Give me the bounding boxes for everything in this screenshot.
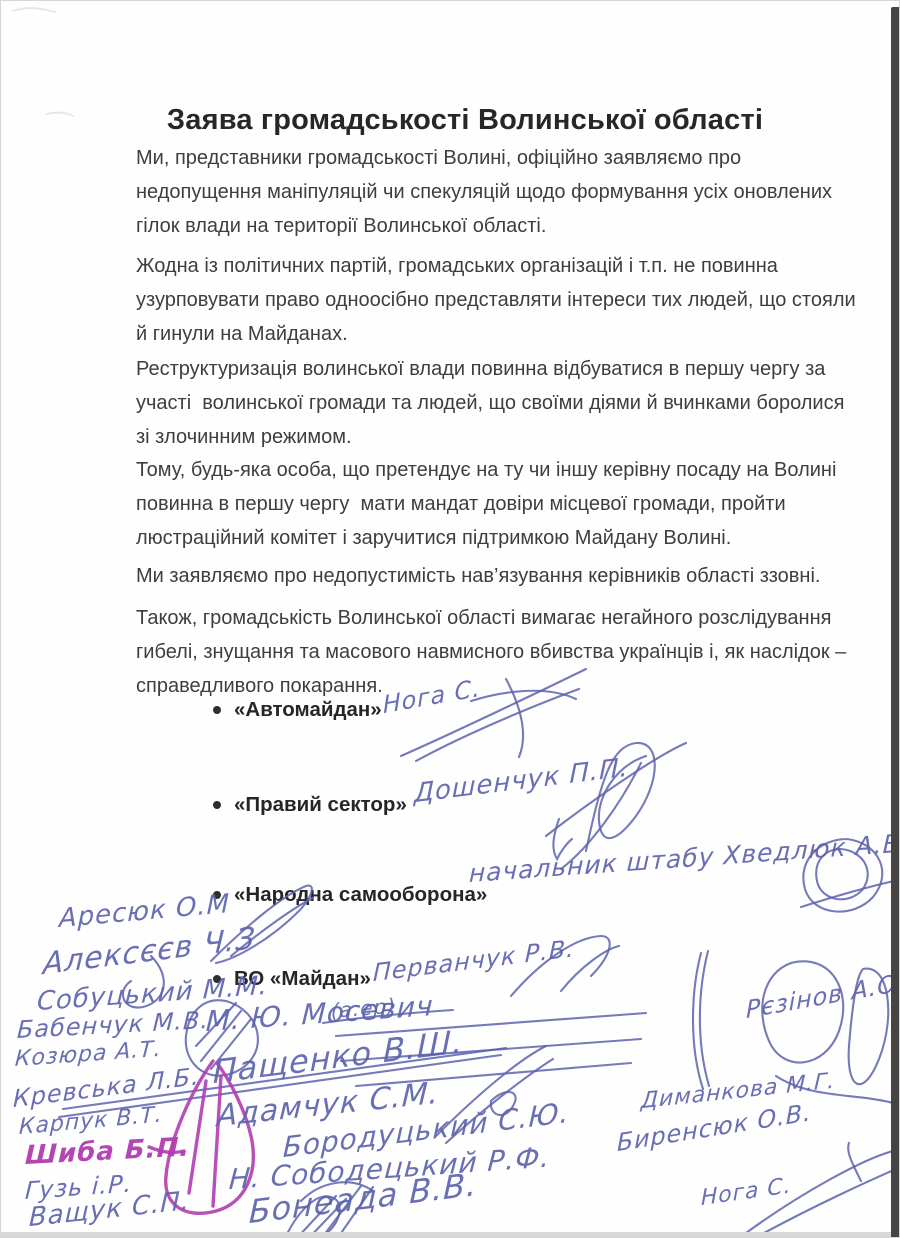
- paragraph-5: Ми заявляємо про недопустимість нав’язув…: [136, 559, 856, 593]
- flourish-bottom-right: [848, 1143, 861, 1181]
- signature-noga-bottom: Нога С.: [701, 1173, 792, 1211]
- scanned-document-page: Заява громадськості Волинської області М…: [0, 0, 900, 1238]
- signature-shtab-khvedliuk: начальник штабу Хведлюк А.В.: [468, 828, 900, 888]
- signature-doshenchuk: Дошенчук П.П.: [414, 752, 629, 809]
- paragraph-1: Ми, представники громадськості Волині, о…: [136, 141, 856, 243]
- signature-shyba: Шиба Б.П.: [24, 1132, 190, 1171]
- flourish-riezinov: [700, 951, 709, 1086]
- paragraph-4: Тому, будь-яка особа, що претендує на ту…: [136, 453, 856, 555]
- bullet-dot-icon: [213, 706, 221, 714]
- scan-edge-right: [891, 7, 899, 1237]
- signature-pervanchuk: Перванчук Р.В.: [373, 934, 576, 987]
- flourish-purple-bell: [213, 1076, 221, 1206]
- flourish-riezinov: [693, 953, 703, 1089]
- signature-riezinov: Рєзінов А.О.: [746, 968, 900, 1025]
- paragraph-2: Жодна із політичних партій, громадських …: [136, 249, 856, 351]
- scan-mark: [13, 8, 55, 12]
- scan-edge-bottom: [1, 1232, 891, 1237]
- flourish-narodna-circle: [801, 881, 894, 907]
- page-title: Заява громадськості Волинської області: [61, 104, 869, 137]
- org-label: «Автомайдан»: [234, 698, 382, 722]
- paragraph-3: Реструктуризація волинської влади повинн…: [136, 352, 856, 454]
- org-label: «Правий сектор»: [234, 793, 407, 817]
- paragraph-6: Також, громадськість Волинської області …: [136, 601, 856, 703]
- org-bullet-narodna-samooborona: «Народна самооборона»: [213, 883, 487, 907]
- flourish-purple-bell: [189, 1081, 206, 1193]
- org-bullet-avtomaidan: «Автомайдан»: [213, 698, 382, 722]
- org-bullet-pravyi-sektor: «Правий сектор»: [213, 793, 407, 817]
- bullet-dot-icon: [213, 801, 221, 809]
- org-label: «Народна самооборона»: [234, 883, 487, 907]
